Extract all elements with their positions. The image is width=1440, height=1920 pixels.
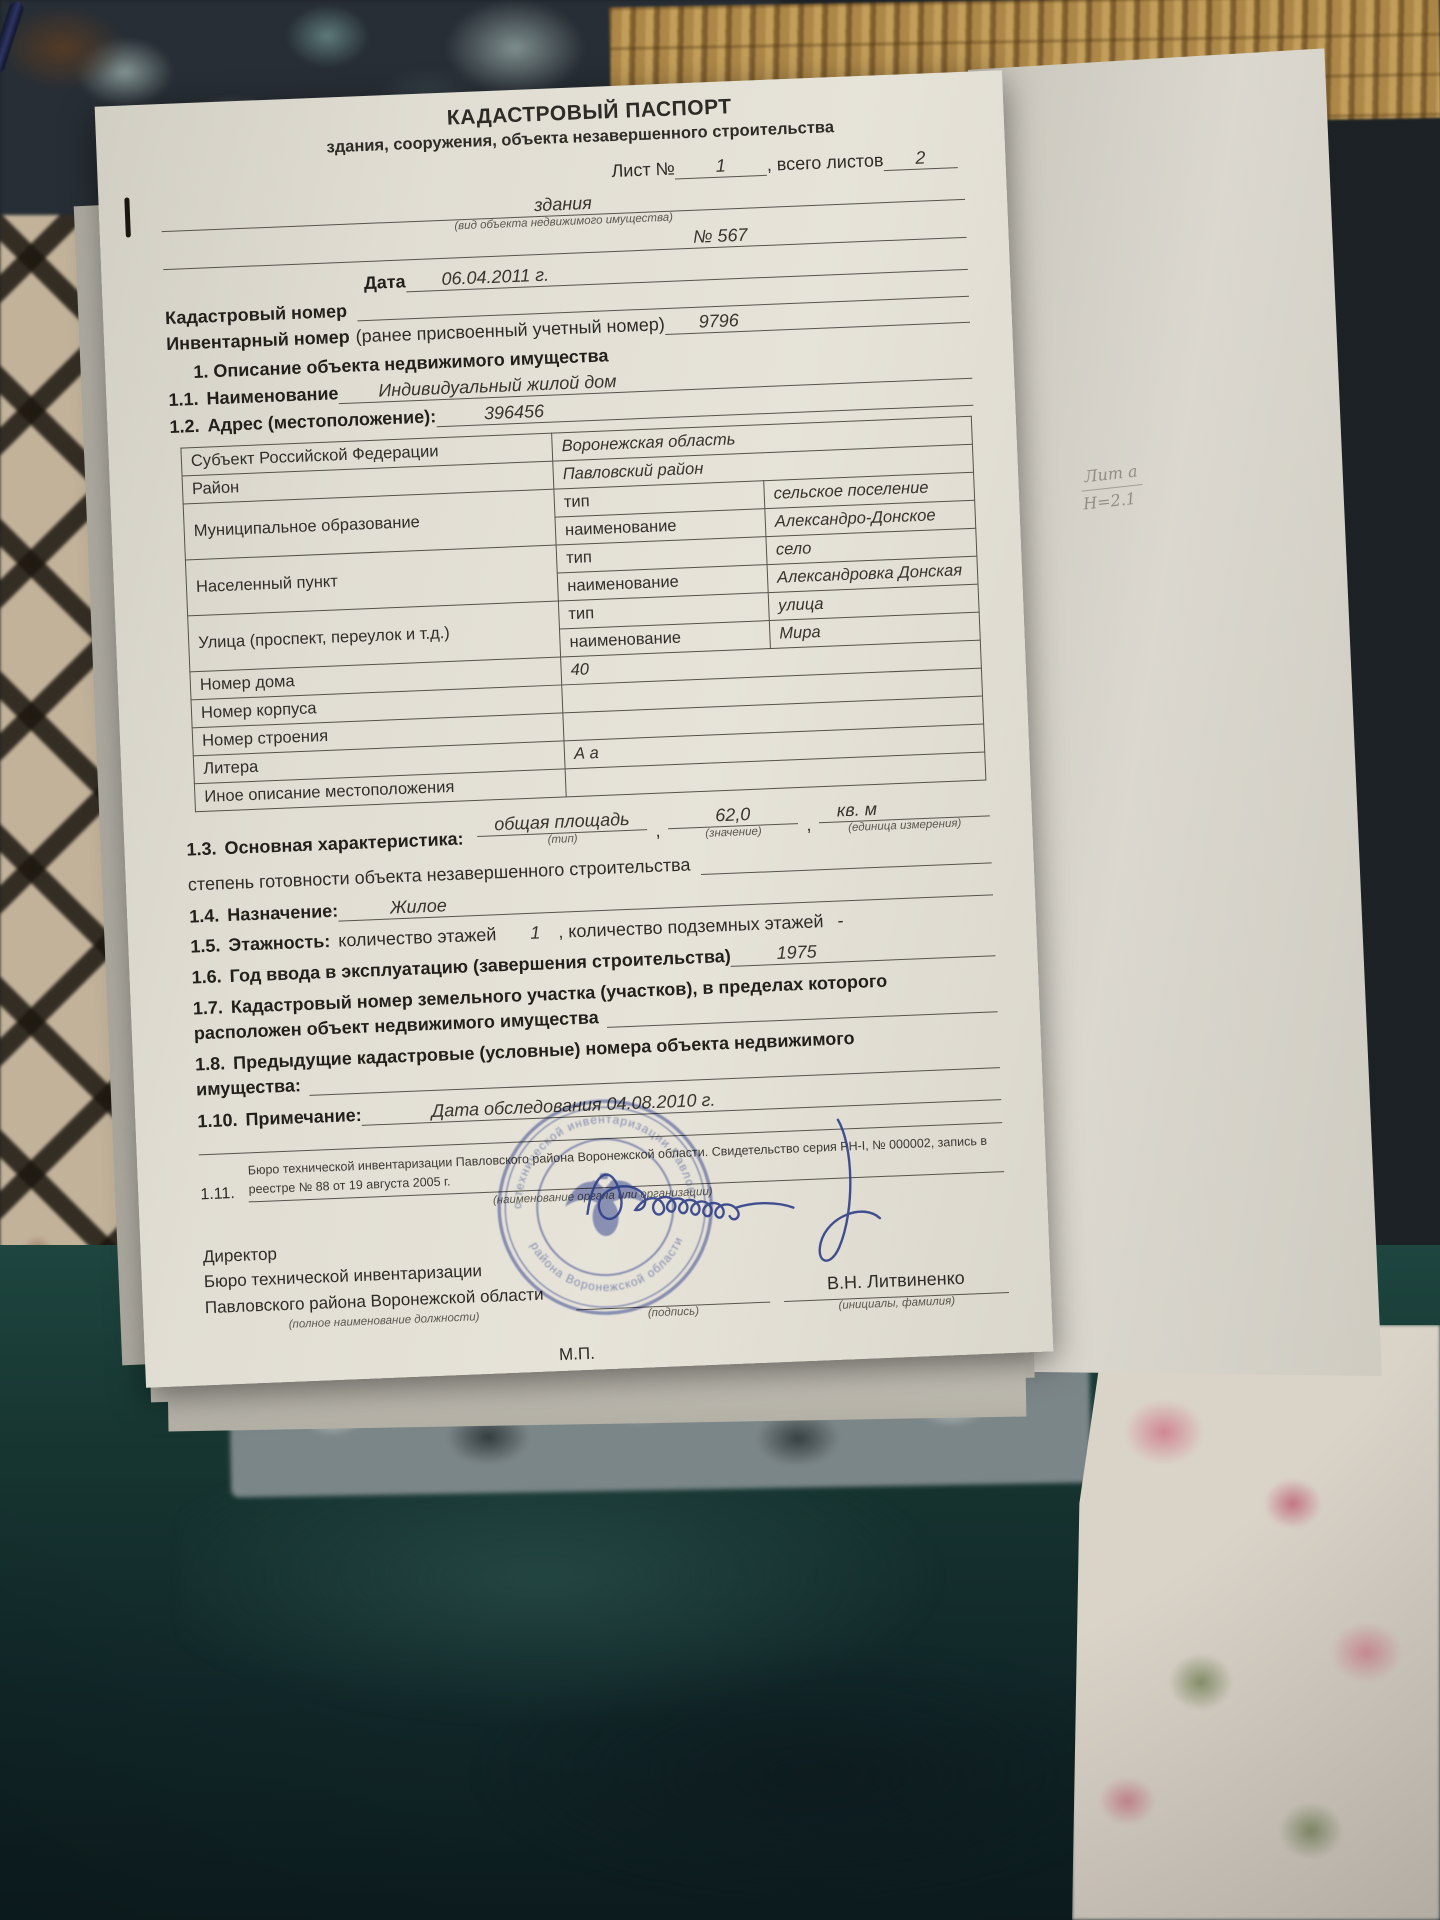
item-1-4-num: 1.4. [189, 905, 220, 927]
item-1-8-line2: имущества: [196, 1075, 302, 1100]
stamp-emblem [564, 1172, 646, 1238]
item-1-5-num: 1.5. [190, 935, 221, 957]
item-1-5-floors-value: 1 [530, 923, 541, 944]
handwritten-note: Лит а Н=2.1 [1079, 458, 1146, 517]
sheet-label: Лист № [611, 159, 675, 183]
item-1-3-unit-field: кв. м (единица измерения) [818, 794, 990, 835]
item-1-11-num: 1.11. [200, 1184, 235, 1203]
handwritten-note-line2: Н=2.1 [1082, 484, 1146, 516]
item-1-1-label: Наименование [206, 383, 339, 409]
item-1-4-label: Назначение: [227, 901, 339, 926]
item-1-3-label: Основная характеристика: [224, 829, 464, 860]
item-1-8-num: 1.8. [195, 1053, 226, 1075]
item-1-10-num: 1.10. [197, 1110, 238, 1133]
address-table: Субъект Российской Федерации Воронежская… [180, 416, 986, 812]
official-round-stamp: Бюро технической инвентаризации Павловск… [487, 1089, 724, 1326]
item-1-2-label: Адрес (местоположение): [207, 406, 436, 436]
item-1-3-num: 1.3. [186, 838, 217, 860]
comma: , [806, 815, 812, 836]
item-1-6-value: 1975 [730, 934, 995, 967]
cadastral-number-label: Кадастровый номер [165, 301, 348, 329]
document-page: КАДАСТРОВЫЙ ПАСПОРТ здания, сооружения, … [95, 70, 1054, 1387]
item-1-3-value-field: 62,0 (значение) [667, 802, 798, 841]
document-number: № 567 [693, 225, 748, 248]
item-1-5-underground-label: , количество подземных этажей [558, 911, 824, 943]
sheet-number-value: 1 [674, 154, 767, 180]
item-1-3-type-field: общая площадь (тип) [477, 808, 648, 849]
background-fabric-folds [180, 1430, 1080, 1920]
total-sheets-value: 2 [883, 146, 958, 171]
readiness-blank [700, 842, 992, 875]
photo-scene: Лит а Н=2.1 КАДАСТРОВЫЙ ПАСПОРТ здания, … [0, 0, 1440, 1920]
background-floral-paper [1072, 1325, 1440, 1920]
item-1-5-label: Этажность: [228, 931, 331, 956]
item-1-10-label: Примечание: [245, 1105, 362, 1131]
name-field: В.Н. Литвиненко (инициалы, фамилия) [783, 1266, 1009, 1314]
item-1-7-num: 1.7. [193, 997, 224, 1019]
date-label: Дата [364, 271, 406, 294]
comma: , [655, 821, 661, 842]
inventory-number-label: Инвентарный номер [166, 327, 350, 355]
item-1-1-num: 1.1. [168, 389, 199, 411]
item-1-6-num: 1.6. [191, 966, 222, 988]
total-sheets-label: , всего листов [766, 150, 883, 176]
item-1-5-underground-value: - [837, 910, 844, 931]
item-1-5-floors-label: количество этажей [338, 924, 497, 951]
item-1-2-num: 1.2. [169, 416, 200, 438]
